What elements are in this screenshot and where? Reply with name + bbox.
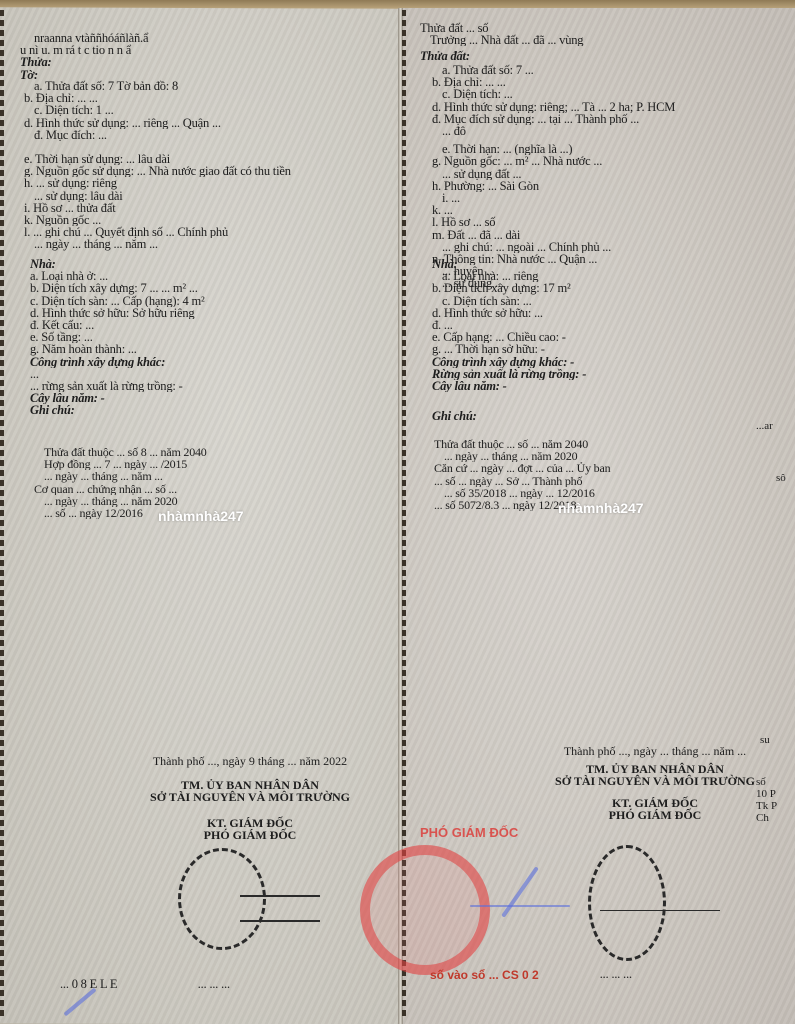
section-title: Cây lâu năm: - bbox=[30, 392, 370, 404]
land-line: e. Thời hạn sử dụng: ... lâu dài bbox=[24, 153, 364, 165]
land-line: d. Hình thức sử dụng: ... riêng ... Quận… bbox=[24, 117, 364, 129]
serial-number: ... 0 8 E L E bbox=[60, 978, 117, 990]
house-line: b. Diện tích xây dựng: 17 m² bbox=[432, 282, 762, 294]
edge-fragment: 10 P bbox=[756, 788, 795, 800]
other-line: ... rừng sản xuất là rừng trồng: - bbox=[30, 380, 370, 392]
land-line: h. Phường: ... Sài Gòn bbox=[432, 180, 762, 192]
section-title: Nhà: bbox=[30, 258, 370, 270]
land-line: c. Diện tích: 1 ... bbox=[24, 104, 364, 116]
signer-name: ... ... ... bbox=[198, 978, 230, 990]
note-line: ... số 35/2018 ... ngày ... 12/2016 bbox=[434, 487, 764, 499]
section-title: Công trình xây dựng khác: - bbox=[432, 356, 762, 368]
note-line: ... ngày ... tháng ... năm 2020 bbox=[34, 495, 354, 507]
left-header: nraanna vtàññhóáñlàñ.ẩ u nì u. m rá t c … bbox=[20, 32, 380, 81]
role-line: PHÓ GIÁM ĐỐC bbox=[535, 809, 775, 821]
right-header: Thửa đất ... số Trưởng ... Nhà đất ... đ… bbox=[420, 22, 760, 63]
note-line: Thửa đất thuộc ... số 8 ... năm 2040 bbox=[34, 446, 354, 458]
house-line: d. Hình thức sở hữu: Sở hữu riêng bbox=[30, 307, 370, 319]
land-line: c. Diện tích: ... bbox=[432, 88, 762, 100]
land-line: d. Hình thức sử dụng: riêng; ... Tà ... … bbox=[432, 101, 762, 113]
land-line: ... ghi chú: ... ngoài ... Chính phủ ... bbox=[432, 241, 762, 253]
house-line: e. Cấp hạng: ... Chiều cao: - bbox=[432, 331, 762, 343]
note-line: ... ngày ... tháng ... năm 2020 bbox=[434, 450, 764, 462]
section-title: Nhà: bbox=[432, 258, 762, 270]
left-section-house: Nhà: a. Loại nhà ở: ... b. Diện tích xây… bbox=[30, 258, 370, 417]
land-line: g. Nguồn gốc sử dụng: ... Nhà nước giao … bbox=[24, 165, 364, 177]
section-title: Ghi chú: bbox=[30, 404, 370, 416]
house-line: g. Năm hoàn thành: ... bbox=[30, 343, 370, 355]
land-line: m. Đất ... đã ... dài bbox=[432, 229, 762, 241]
edge-fragment: ...ar bbox=[756, 420, 795, 432]
section-title: Ghi chú: bbox=[432, 410, 762, 422]
section-title: Rừng sản xuất là rừng trồng: - bbox=[432, 368, 762, 380]
org-line: SỞ TÀI NGUYÊN VÀ MÔI TRƯỜNG bbox=[535, 775, 775, 787]
official-seal bbox=[588, 845, 666, 961]
land-line: i. ... bbox=[432, 192, 762, 204]
house-line: c. Diện tích sàn: ... Cấp (hạng): 4 m² bbox=[30, 295, 370, 307]
next-page-edge: ...ar sô su số 10 P Tk P Ch bbox=[756, 420, 795, 1020]
right-section-house: Nhà: a. Loại nhà: ... riêng b. Diện tích… bbox=[432, 258, 762, 422]
section-title: Thửa đất: bbox=[420, 50, 760, 62]
header-line: Thửa: bbox=[20, 56, 380, 68]
other-line: ... bbox=[30, 368, 370, 380]
header-line: Tờ: bbox=[20, 69, 380, 81]
section-title: Công trình xây dựng khác: bbox=[30, 356, 370, 368]
edge-fragment: số bbox=[756, 776, 795, 788]
blue-signature bbox=[470, 905, 570, 907]
edge-fragment: Ch bbox=[756, 812, 795, 824]
land-line: ... sử dụng: lâu dài bbox=[24, 190, 364, 202]
land-line: l. ... ghi chú ... Quyết định số ... Chí… bbox=[24, 226, 364, 238]
watermark: nhàmnhà247 bbox=[558, 500, 644, 516]
signature-stroke bbox=[600, 910, 720, 911]
right-signature-block: Thành phố ..., ngày ... tháng ... năm ..… bbox=[535, 745, 775, 821]
land-line: l. Hồ sơ ... số bbox=[432, 216, 762, 228]
red-stamp-title: PHÓ GIÁM ĐỐC bbox=[420, 825, 518, 840]
role-line: PHÓ GIÁM ĐỐC bbox=[120, 829, 380, 841]
signature-stroke bbox=[240, 920, 320, 922]
house-line: b. Diện tích xây dựng: 7 ... ... m² ... bbox=[30, 282, 370, 294]
note-line: Thửa đất thuộc ... số ... năm 2040 bbox=[434, 438, 764, 450]
header-line: nraanna vtàññhóáñlàñ.ẩ bbox=[20, 32, 380, 44]
land-line: a. Thửa đất số: 7 ... bbox=[432, 64, 762, 76]
land-line: g. Nguồn gốc: ... m² ... Nhà nước ... bbox=[432, 155, 762, 167]
edge-fragment: su bbox=[760, 734, 795, 746]
house-line: g. ... Thời hạn sở hữu: - bbox=[432, 343, 762, 355]
land-line: ... sử dụng đất ... bbox=[432, 168, 762, 180]
land-line: a. Thửa đất số: 7 Tờ bản đồ: 8 bbox=[24, 80, 364, 92]
red-stamp-serial: số vào sổ ... CS 0 2 bbox=[430, 968, 539, 982]
note-line: Cơ quan ... chứng nhận ... số ... bbox=[34, 483, 354, 495]
header-line: Trưởng ... Nhà đất ... đã ... vùng bbox=[420, 34, 760, 46]
header-line: Thửa đất ... số bbox=[420, 22, 760, 34]
land-line: đ. Mục đích: ... bbox=[24, 129, 364, 141]
watermark: nhàmnhà247 bbox=[158, 508, 244, 524]
land-line: b. Địa chỉ: ... ... bbox=[432, 76, 762, 88]
house-line: a. Loại nhà ở: ... bbox=[30, 270, 370, 282]
official-seal bbox=[178, 848, 266, 950]
left-section-land: a. Thửa đất số: 7 Tờ bản đồ: 8 b. Địa ch… bbox=[24, 80, 364, 251]
section-title: Cây lâu năm: - bbox=[432, 380, 762, 392]
place-date: Thành phố ..., ngày 9 tháng ... năm 2022 bbox=[120, 755, 380, 767]
land-line: h. ... sử dụng: riêng bbox=[24, 177, 364, 189]
house-line: đ. ... bbox=[432, 319, 762, 331]
edge-fragment: sô bbox=[776, 472, 795, 484]
red-seal bbox=[360, 845, 490, 975]
land-line: e. Thời hạn: ... (nghĩa là ...) bbox=[432, 143, 762, 155]
house-line: e. Số tầng: ... bbox=[30, 331, 370, 343]
signature-stroke bbox=[240, 895, 320, 897]
header-line: u nì u. m rá t c tio n n ẩ bbox=[20, 44, 380, 56]
house-line: c. Diện tích sàn: ... bbox=[432, 295, 762, 307]
land-line: b. Địa chỉ: ... ... bbox=[24, 92, 364, 104]
house-line: đ. Kết cấu: ... bbox=[30, 319, 370, 331]
land-line: ... đô bbox=[432, 125, 762, 137]
left-signature-block: Thành phố ..., ngày 9 tháng ... năm 2022… bbox=[120, 755, 380, 841]
note-line: ... số ... ngày ... Sở ... Thành phố bbox=[434, 475, 764, 487]
land-line: k. ... bbox=[432, 204, 762, 216]
org-line: SỞ TÀI NGUYÊN VÀ MÔI TRƯỜNG bbox=[120, 791, 380, 803]
land-line: đ. Mục đích sử dụng: ... tại ... Thành p… bbox=[432, 113, 762, 125]
note-line: Căn cứ ... ngày ... đợt ... của ... Ủy b… bbox=[434, 462, 764, 474]
place-date: Thành phố ..., ngày ... tháng ... năm ..… bbox=[535, 745, 775, 757]
note-line: ... ngày ... tháng ... năm ... bbox=[34, 470, 354, 482]
land-line: i. Hồ sơ ... thửa đất bbox=[24, 202, 364, 214]
land-line: k. Nguồn gốc ... bbox=[24, 214, 364, 226]
binding-holes-left bbox=[0, 10, 4, 1020]
edge-fragment: Tk P bbox=[756, 800, 795, 812]
note-line: Hợp đồng ... 7 ... ngày ... /2015 bbox=[34, 458, 354, 470]
right-section-land: a. Thửa đất số: 7 ... b. Địa chỉ: ... ..… bbox=[432, 64, 762, 290]
land-line: ... ngày ... tháng ... năm ... bbox=[24, 238, 364, 250]
house-line: d. Hình thức sở hữu: ... bbox=[432, 307, 762, 319]
signer-name: ... ... ... bbox=[600, 968, 632, 980]
house-line: a. Loại nhà: ... riêng bbox=[432, 270, 762, 282]
